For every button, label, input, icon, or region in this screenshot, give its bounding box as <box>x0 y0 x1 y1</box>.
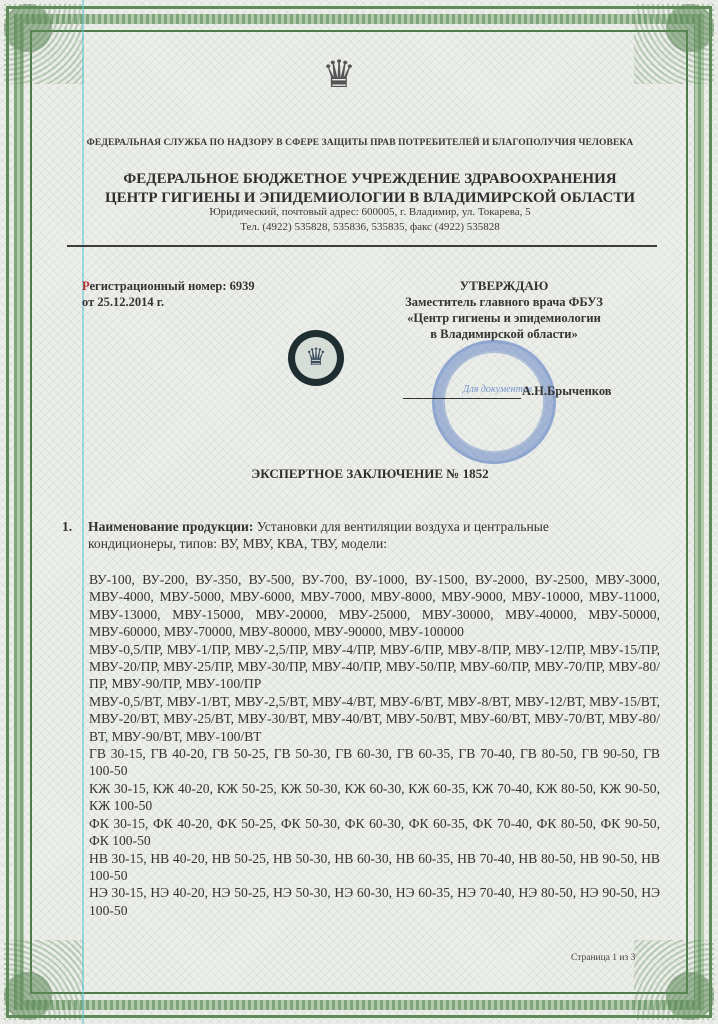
eagle-seal-icon: ♛ <box>288 330 344 386</box>
margin-line <box>82 0 84 1024</box>
corner-ornament-icon <box>4 4 84 84</box>
header-divider <box>67 245 657 247</box>
approval-heading: УТВЕРЖДАЮ <box>370 278 638 294</box>
model-group-vu-mvu: ВУ-100, ВУ-200, ВУ-350, ВУ-500, ВУ-700, … <box>89 571 660 641</box>
model-group-gv: ГВ 30-15, ГВ 40-20, ГВ 50-25, ГВ 50-30, … <box>89 745 660 780</box>
eagle-icon: ♛ <box>295 337 337 379</box>
phone: Тел. (4922) 535828, 535836, 535835, факс… <box>60 220 680 235</box>
institution-line-1: ФЕДЕРАЛЬНОЕ БЮДЖЕТНОЕ УЧРЕЖДЕНИЕ ЗДРАВОО… <box>60 170 680 189</box>
registration-date: от 25.12.2014 г. <box>82 294 255 310</box>
model-list: ВУ-100, ВУ-200, ВУ-350, ВУ-500, ВУ-700, … <box>89 571 660 919</box>
agency-name: ФЕДЕРАЛЬНАЯ СЛУЖБА ПО НАДЗОРУ В СФЕРЕ ЗА… <box>60 138 660 148</box>
approval-line-1: Заместитель главного врача ФБУЗ <box>370 294 638 310</box>
section-1-line-1: 1.Наименование продукции: Установки для … <box>62 518 660 535</box>
section-number: 1. <box>62 518 88 535</box>
signer-name: А.Н.Брыченков <box>522 384 612 399</box>
approval-line-2: «Центр гигиены и эпидемиологии <box>370 310 638 326</box>
corner-ornament-icon <box>634 4 714 84</box>
document-page: ♛ ФЕДЕРАЛЬНАЯ СЛУЖБА ПО НАДЗОРУ В СФЕРЕ … <box>0 0 718 1024</box>
corner-ornament-icon <box>4 940 84 1020</box>
model-group-fk: ФК 30-15, ФК 40-20, ФК 50-25, ФК 50-30, … <box>89 815 660 850</box>
model-group-pr: МВУ-0,5/ПР, МВУ-1/ПР, МВУ-2,5/ПР, МВУ-4/… <box>89 641 660 693</box>
page-indicator: Страница 1 из 3 <box>571 953 635 963</box>
section-text: Установки для вентиляции воздуха и центр… <box>253 519 549 534</box>
address: Юридический, почтовый адрес: 600005, г. … <box>60 205 680 220</box>
corner-ornament-icon <box>634 940 714 1020</box>
conclusion-title: ЭКСПЕРТНОЕ ЗАКЛЮЧЕНИЕ № 1852 <box>60 466 680 482</box>
approval-block: УТВЕРЖДАЮ Заместитель главного врача ФБУ… <box>370 278 638 342</box>
model-group-ne: НЭ 30-15, НЭ 40-20, НЭ 50-25, НЭ 50-30, … <box>89 884 660 919</box>
registration-block: Регистрационный номер: 6939 от 25.12.201… <box>82 278 255 310</box>
model-group-kzh: КЖ 30-15, КЖ 40-20, КЖ 50-25, КЖ 50-30, … <box>89 780 660 815</box>
model-group-nv: НВ 30-15, НВ 40-20, НВ 50-25, НВ 50-30, … <box>89 850 660 885</box>
section-label: Наименование продукции: <box>88 519 253 534</box>
double-headed-eagle-icon: ♛ <box>318 52 360 98</box>
section-1: 1.Наименование продукции: Установки для … <box>62 518 660 553</box>
signature-line <box>403 398 521 399</box>
institution-title: ФЕДЕРАЛЬНОЕ БЮДЖЕТНОЕ УЧРЕЖДЕНИЕ ЗДРАВОО… <box>60 170 680 208</box>
model-group-vt: МВУ-0,5/ВТ, МВУ-1/ВТ, МВУ-2,5/ВТ, МВУ-4/… <box>89 693 660 745</box>
registration-number: Регистрационный номер: 6939 <box>82 278 255 294</box>
institution-contacts: Юридический, почтовый адрес: 600005, г. … <box>60 205 680 235</box>
section-1-line-2: кондиционеры, типов: ВУ, МВУ, КВА, ТВУ, … <box>62 535 660 552</box>
